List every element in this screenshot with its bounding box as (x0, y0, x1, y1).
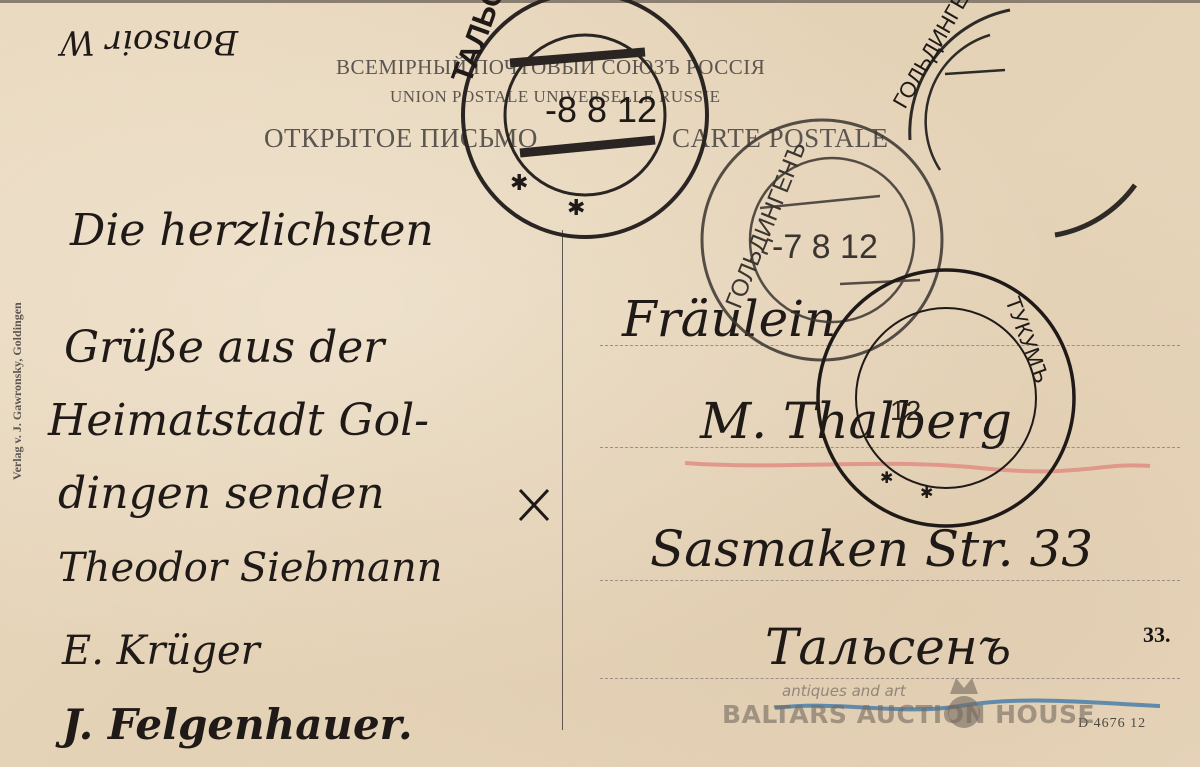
message-line: Die herzlichsten (70, 205, 434, 256)
handwritten-cross (520, 490, 548, 520)
handwritten-number: 33. (1143, 622, 1171, 648)
svg-text:-7 8 12: -7 8 12 (772, 228, 878, 266)
postcard-back: ВСЕМІРНЫЙ ПОЧТОВЫЙ СОЮЗЪ РОССІЯ UNION PO… (0, 0, 1200, 767)
handwritten-upside-down-note: Bonsoir W (60, 22, 238, 62)
title-russian: ОТКРЫТОЕ ПИСЬМО (264, 123, 538, 154)
header-line-2: UNION POSTALE UNIVERSELLE RUSSIE (390, 87, 721, 107)
signature: Theodor Siebmann (58, 545, 443, 591)
address-street: Sasmaken Str. 33 (650, 520, 1093, 578)
watermark-name: BALTARS AUCTION HOUSE (722, 700, 1095, 729)
message-line: dingen senden (58, 468, 385, 519)
center-divider (562, 230, 563, 730)
svg-text:✱: ✱ (880, 470, 893, 487)
message-line: Grüße aus der (64, 322, 384, 373)
card-edge (0, 0, 1200, 3)
red-pencil-underline (685, 463, 1150, 471)
address-line (600, 580, 1180, 581)
message-line: Heimatstadt Gol- (48, 395, 429, 446)
signature: E. Krüger (62, 628, 260, 674)
svg-text:✱: ✱ (567, 195, 585, 220)
crown-icon (944, 672, 984, 732)
svg-text:ТУКУМЪ: ТУКУМЪ (1000, 293, 1054, 386)
address-recipient-title: Fräulein (622, 290, 836, 348)
address-town: Tальсенъ (765, 618, 1011, 676)
title-french: CARTE POSTALE (672, 123, 888, 154)
publisher-imprint: Verlag v. J. Gawronsky, Goldingen (10, 302, 25, 480)
signature: J. Felgenhauer. (62, 700, 413, 749)
postmark-talsen (463, 0, 707, 237)
postmark-goldingen-2 (910, 10, 1135, 235)
address-line (600, 678, 1180, 679)
address-recipient-name: M. Thalberg (700, 392, 1012, 450)
svg-text:ГОЛЬДИНГЕНЪ: ГОЛЬДИНГЕНЪ (888, 0, 991, 113)
svg-text:✱: ✱ (510, 170, 528, 195)
svg-text:✱: ✱ (920, 485, 933, 502)
header-line-1: ВСЕМІРНЫЙ ПОЧТОВЫЙ СОЮЗЪ РОССІЯ (336, 55, 765, 80)
watermark-tagline: antiques and art (782, 682, 906, 700)
svg-text:ГОЛЬДИНГЕНЪ: ГОЛЬДИНГЕНЪ (721, 138, 812, 312)
